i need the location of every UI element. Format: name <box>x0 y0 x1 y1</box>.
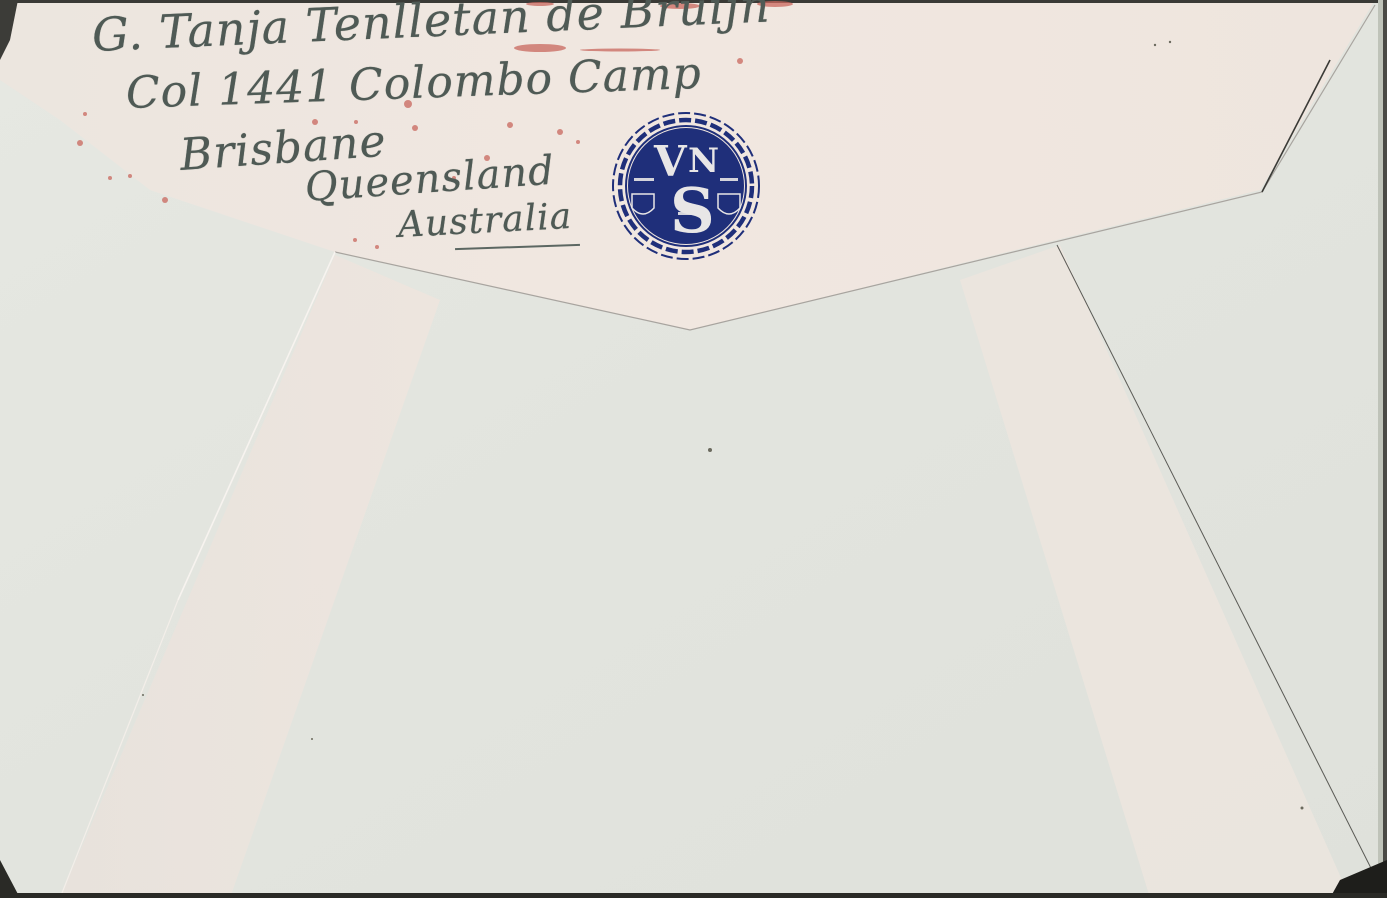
envelope-scan: G. Tanja Tenlletan de Bruijn Col 1441 Co… <box>0 0 1387 898</box>
vns-seal-emblem-icon: V N S <box>608 108 764 264</box>
seal-letter-s: S <box>670 174 715 247</box>
